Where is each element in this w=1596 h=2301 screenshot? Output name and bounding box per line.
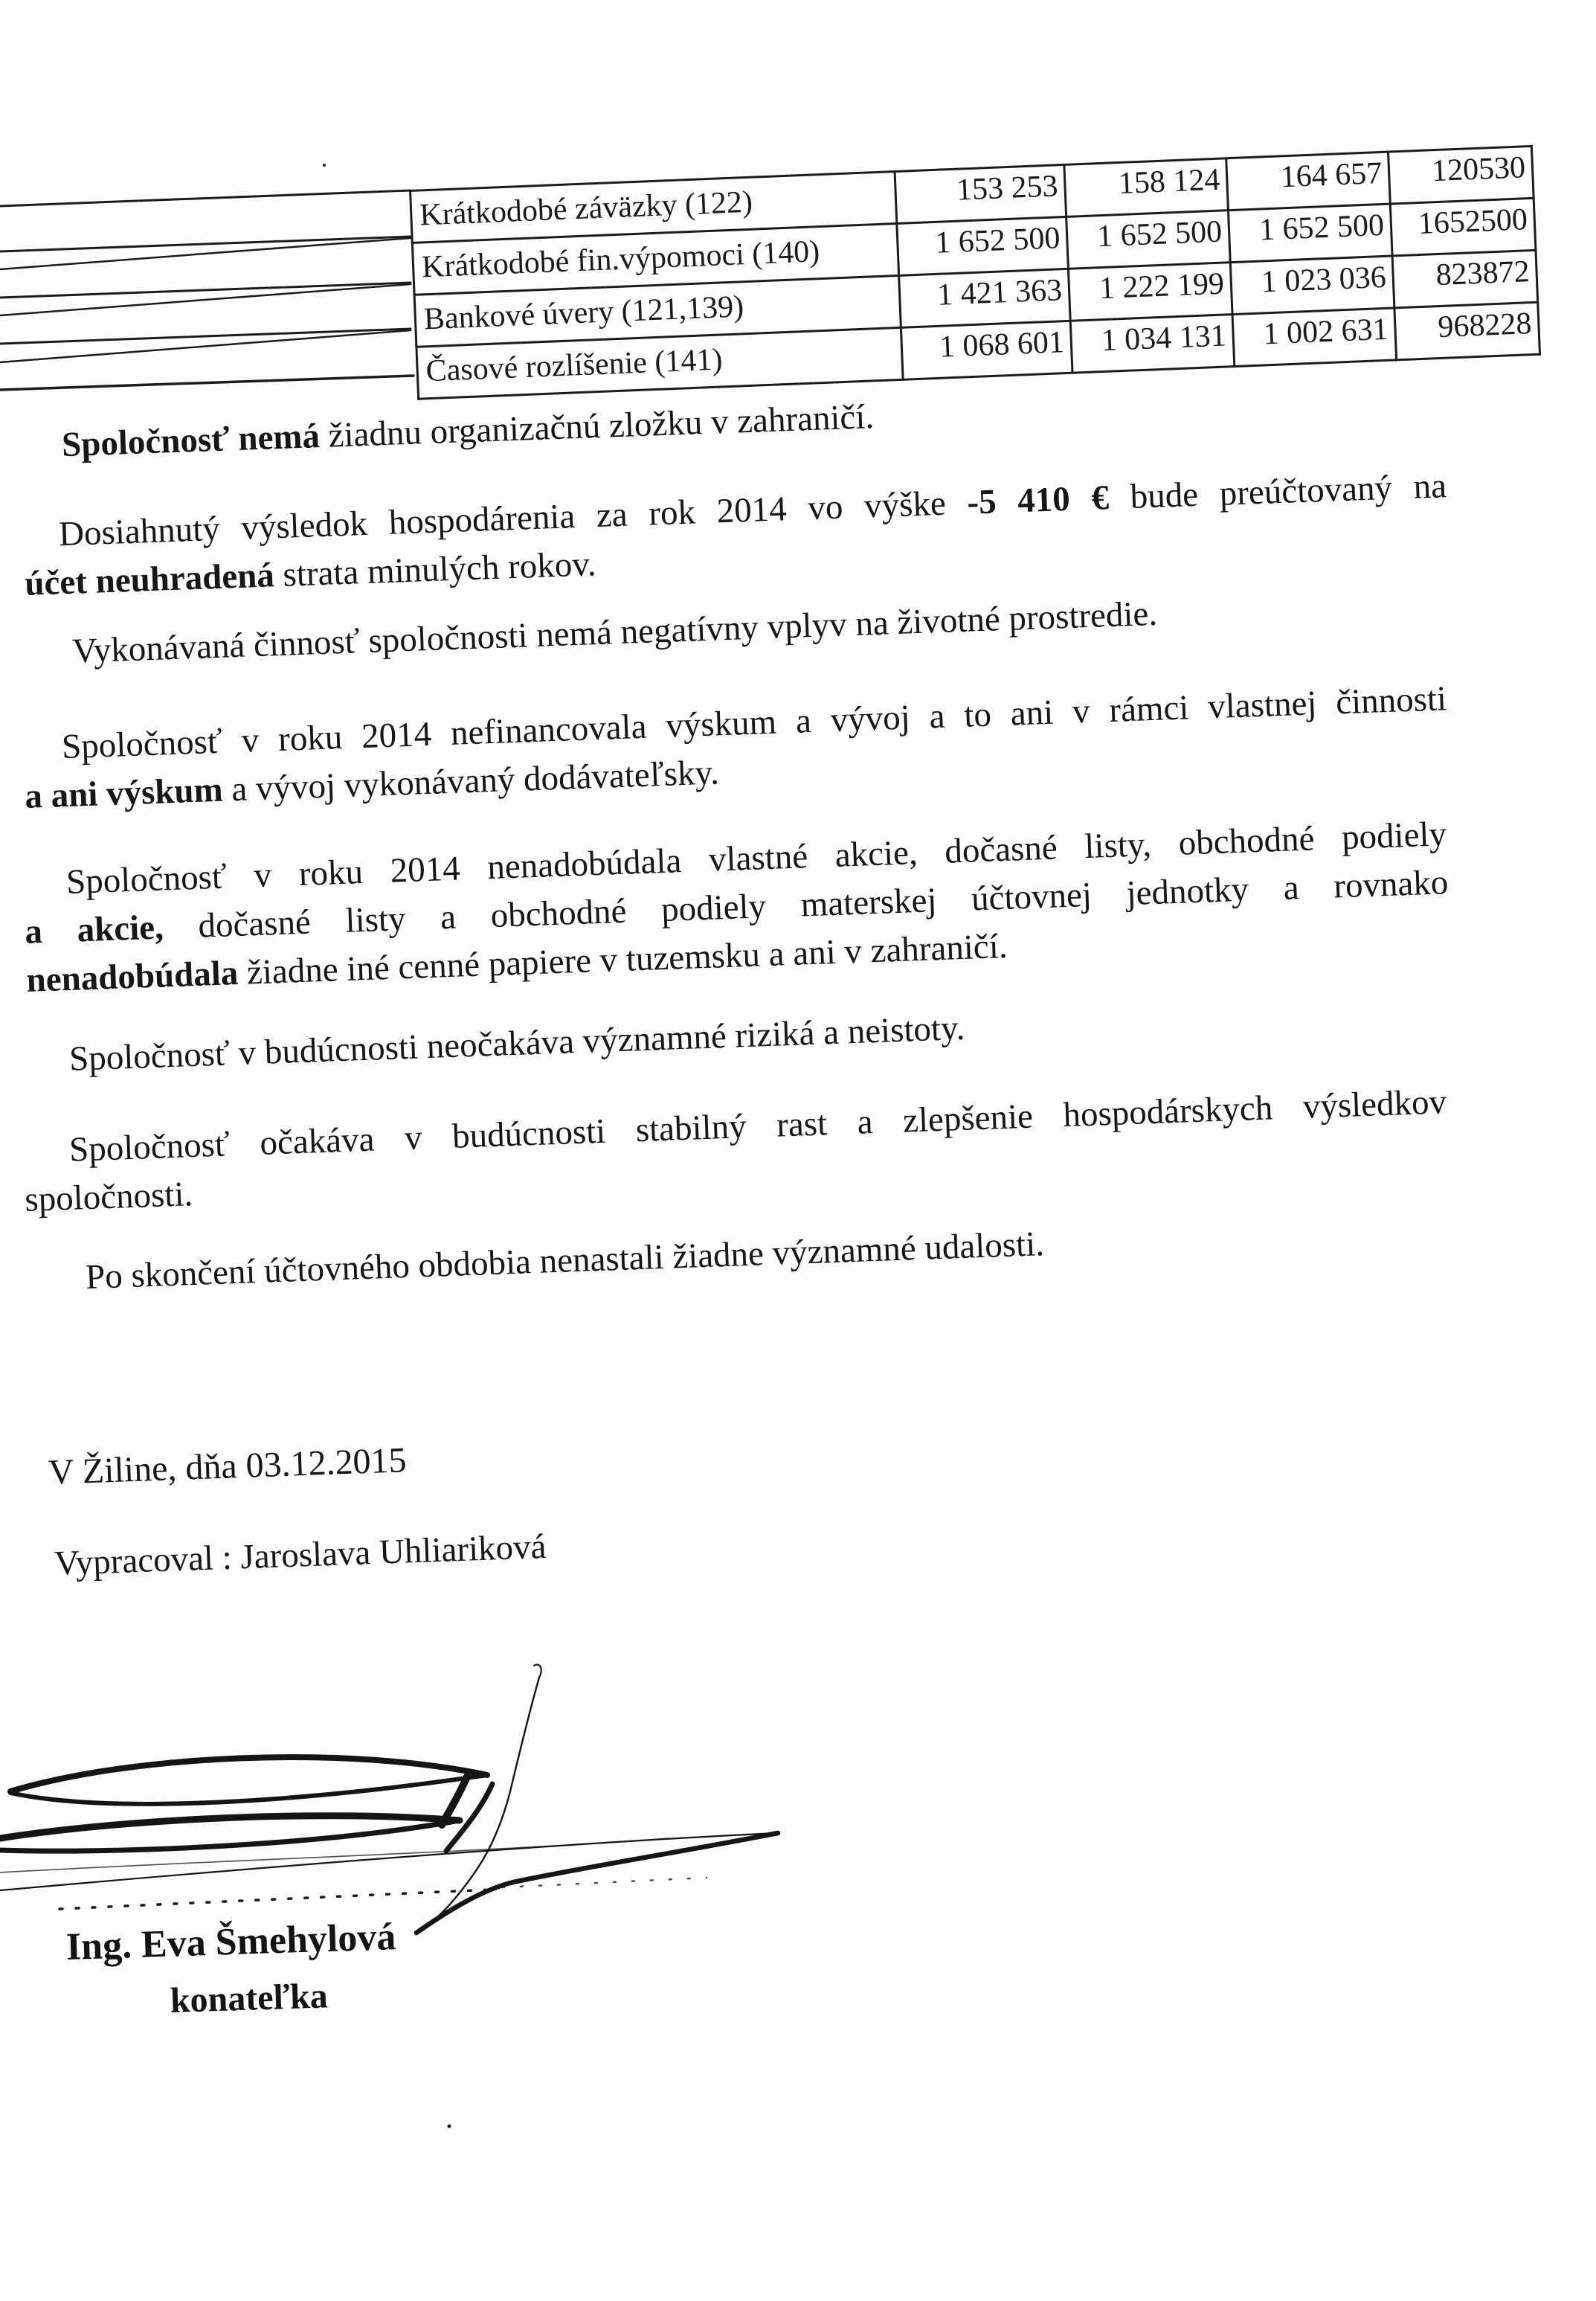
signatory-name: Ing. Eva Šmehylová	[65, 1915, 396, 1969]
paragraph: Po skončení účtovného obdobia nenastali …	[22, 1206, 1447, 1304]
prepared-by-line: Vypracoval : Jaroslava Uhliariková	[54, 1524, 547, 1586]
text-run: a akcie,	[24, 908, 164, 951]
text-line: Spoločnosť v budúcnosti neočakáva význam…	[22, 987, 1447, 1085]
text-run: žiadnu organizačnú zložku v zahraničí.	[319, 397, 875, 455]
paragraph: Spoločnosť v roku 2014 nenadobúdala vlas…	[22, 810, 1451, 1005]
signatory-title: konateľka	[170, 1975, 328, 2021]
place-and-date: V Žiline, dňa 03.12.2015	[48, 1438, 408, 1495]
value-cell: 1652500	[1390, 198, 1536, 256]
value-cell: 1 421 363	[899, 269, 1071, 327]
text-run: bude preúčtovaný na	[1108, 466, 1447, 517]
value-cell: 1 652 500	[1066, 211, 1231, 269]
paragraph: Spoločnosť nemá žiadnu organizačnú zložk…	[22, 373, 1447, 471]
text-run: Spoločnosť nemá	[61, 417, 321, 464]
text-run: Spoločnosť v budúcnosti neočakáva význam…	[68, 1009, 965, 1079]
liabilities-table: Krátkodobé záväzky (122)153 253158 12416…	[409, 145, 1541, 400]
value-cell: 1 002 631	[1232, 308, 1397, 367]
text-run: účet neuhradená	[24, 556, 274, 603]
paragraph: Spoločnosť v roku 2014 nefinancovala výs…	[22, 675, 1449, 821]
text-run: spoločnosti.	[24, 1175, 193, 1219]
value-cell: 1 222 199	[1068, 263, 1232, 321]
table-stub-lines	[0, 190, 414, 390]
text-run: -5 410 €	[966, 478, 1109, 522]
value-cell: 1 652 500	[897, 216, 1069, 275]
signature-ink	[0, 1665, 778, 1934]
text-run: strata minulých rokov.	[274, 545, 596, 594]
text-run: a ani výskum	[24, 771, 223, 816]
dotted-signature-line	[59, 1878, 707, 1909]
text-line: Spoločnosť nemá žiadnu organizačnú zložk…	[22, 373, 1447, 471]
page-background: Krátkodobé záväzky (122)153 253158 12416…	[0, 0, 1596, 2301]
text-run: Vykonávaná činnosť spoločnosti nemá nega…	[71, 594, 1158, 671]
text-run: Po skončení účtovného obdobia nenastali …	[85, 1225, 1045, 1297]
text-run: nenadobúdala	[26, 954, 239, 1000]
value-cell: 968228	[1394, 302, 1540, 360]
value-cell: 1 034 131	[1070, 315, 1235, 373]
text-line: Po skončení účtovného obdobia nenastali …	[22, 1206, 1447, 1304]
value-cell: 120530	[1389, 146, 1534, 204]
paragraph: Spoločnosť v budúcnosti neočakáva význam…	[22, 987, 1447, 1085]
value-cell: 1 652 500	[1228, 204, 1392, 263]
value-cell: 1 023 036	[1230, 256, 1394, 315]
value-cell: 158 124	[1064, 158, 1229, 217]
value-cell: 164 657	[1226, 152, 1391, 211]
scanned-document-page: { "page": { "language": "sk", "kind": "s…	[0, 0, 1596, 2301]
financial-table: Krátkodobé záväzky (122)153 253158 12416…	[409, 145, 1541, 400]
value-cell: 823872	[1392, 250, 1538, 308]
value-cell: 1 068 601	[901, 321, 1072, 379]
paragraph: Spoločnosť očakáva v budúcnosti stabilný…	[22, 1078, 1449, 1225]
value-cell: 153 253	[895, 164, 1066, 223]
